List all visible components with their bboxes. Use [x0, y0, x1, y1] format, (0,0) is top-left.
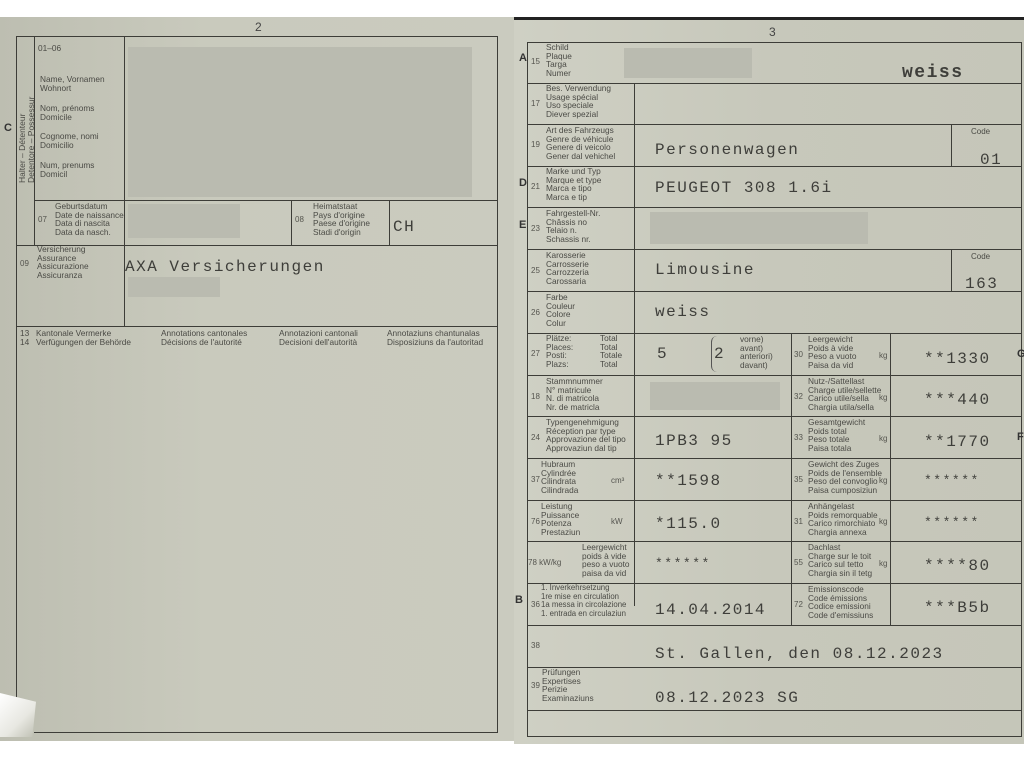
origin-value: CH: [393, 218, 415, 236]
displacement-value: **1598: [655, 472, 722, 490]
body-code-label: Code: [971, 252, 990, 261]
field-36-number: 36: [531, 600, 540, 609]
section-letter-d: D: [519, 177, 527, 189]
curb-weight-value: **1330: [924, 350, 991, 368]
page-number: 2: [255, 20, 262, 34]
name-label-rm: Num, prenums Domicil: [40, 161, 94, 178]
power-to-weight-value: ******: [655, 556, 711, 571]
plate-label: Schild Plaque Targa Numer: [546, 43, 572, 77]
emissions-code-value: ***B5b: [924, 599, 991, 617]
power-to-weight-label: Leergewicht poids à vide peso a vuoto pa…: [582, 543, 630, 577]
first-registration-label: 1. Inverkehrsetzung 1re mise en circulat…: [541, 584, 626, 618]
name-label-it: Cognome, nomi Domicilio: [40, 132, 99, 149]
field-76-number: 76: [531, 517, 540, 526]
vehicle-type-label: Art des Fahrzeugs Genre de véhicule Gene…: [546, 126, 615, 160]
field-23-number: 23: [531, 224, 540, 233]
section-letter-e: E: [519, 219, 526, 231]
first-registration-value: 14.04.2014: [655, 601, 766, 619]
power-to-weight-number-unit: 78 kW/kg: [528, 558, 561, 567]
gross-weight-label: Gesamtgewicht Poids total Peso totale Pa…: [808, 418, 865, 452]
field-24-number: 24: [531, 433, 540, 442]
vehicle-type-code: 01: [980, 151, 1002, 169]
origin-label: Heimatstaat Pays d'origine Paese d'origi…: [313, 202, 370, 236]
train-weight-unit: kg: [879, 476, 887, 485]
field-26-number: 26: [531, 308, 540, 317]
field-13-14-numbers: 13 14: [20, 329, 29, 346]
cantonal-annotations-fr: Annotations cantonales Décisions de l'au…: [161, 329, 247, 346]
field-07-number: 07: [38, 215, 47, 224]
payload-unit: kg: [879, 393, 887, 402]
insurance-value: AXA Versicherungen: [125, 258, 325, 276]
vehicle-type-value: Personenwagen: [655, 141, 799, 159]
roof-load-unit: kg: [879, 559, 887, 568]
payload-label: Nutz-/Sattellast Charge utile/sellette C…: [808, 377, 881, 411]
cantonal-annotations-de: Kantonale Vermerke Verfügungen der Behör…: [36, 329, 131, 346]
curb-weight-label: Leergewicht Poids à vide Peso a vuoto Pa…: [808, 335, 856, 369]
field-25-number: 25: [531, 266, 540, 275]
page-curl: [0, 693, 36, 737]
payload-value: ***440: [924, 391, 991, 409]
vehicle-type-code-label: Code: [971, 127, 990, 136]
section-letter-f: F: [1017, 431, 1024, 443]
field-32-number: 32: [794, 392, 803, 401]
section-letter-g: G: [1017, 348, 1024, 360]
holder-name-redacted: [128, 47, 472, 197]
roof-load-value: ****80: [924, 557, 991, 575]
cantonal-annotations-it: Annotazioni cantonali Decisioni dell'aut…: [279, 329, 358, 346]
right-page: 3 A D E B G F 15 Schild Plaque Targa Num…: [514, 17, 1024, 744]
name-label-fr: Nom, prénoms Domicile: [40, 104, 94, 121]
body-label: Karosserie Carrosserie Carrozzeria Caros…: [546, 251, 589, 285]
field-30-number: 30: [794, 350, 803, 359]
left-page: 2 C Halter – Détenteur Detentore – Posse…: [0, 17, 514, 741]
towing-capacity-unit: kg: [879, 517, 887, 526]
gross-weight-unit: kg: [879, 434, 887, 443]
type-approval-label: Typengenehmigung Réception par type Appr…: [546, 418, 626, 452]
inspections-label: Prüfungen Expertises Perizie Examinaziun…: [542, 668, 594, 702]
field-21-number: 21: [531, 182, 540, 191]
field-01-06-number: 01–06: [38, 44, 61, 53]
insurance-detail-redacted: [128, 277, 220, 297]
section-letter-c: C: [4, 122, 12, 134]
train-weight-label: Gewicht des Zuges Poids de l'ensemble Pe…: [808, 460, 882, 494]
issue-place-date-value: St. Gallen, den 08.12.2023: [655, 645, 944, 663]
seats-label: Plätze: Places: Posti: Plazs:: [546, 334, 573, 368]
master-number-redacted: [650, 382, 780, 410]
field-33-number: 33: [794, 433, 803, 442]
make-model-label: Marke und Typ Marque et type Marca e tip…: [546, 167, 601, 201]
chassis-number-redacted: [650, 212, 868, 244]
field-38-number: 38: [531, 641, 540, 650]
color-value: weiss: [655, 303, 711, 321]
name-label-de: Name, Vornamen Wohnort: [40, 75, 105, 92]
make-model-value: PEUGEOT 308 1.6i: [655, 179, 833, 197]
birthdate-label: Geburtsdatum Date de naissance Data di n…: [55, 202, 124, 236]
field-08-number: 08: [295, 215, 304, 224]
displacement-unit: cm³: [611, 476, 624, 485]
birthdate-redacted: [128, 204, 240, 238]
power-value: *115.0: [655, 515, 722, 533]
train-weight-value: ******: [924, 473, 980, 488]
curb-weight-unit: kg: [879, 351, 887, 360]
master-number-label: Stammnummer N° matricule N. di matricola…: [546, 377, 603, 411]
field-09-number: 09: [20, 259, 29, 268]
gross-weight-value: **1770: [924, 433, 991, 451]
section-letter-a: A: [519, 52, 527, 64]
seats-total-value: 5: [657, 345, 668, 363]
page-number: 3: [769, 25, 776, 39]
field-15-number: 15: [531, 57, 540, 66]
seats-front-label: vorne) avant) anteriori) davant): [740, 335, 773, 369]
field-37-number: 37: [531, 475, 540, 484]
chassis-label: Fahrgestell-Nr. Châssis no Telaio n. Sch…: [546, 209, 600, 243]
seats-total-label: Total Total Totale Total: [600, 334, 622, 368]
special-use-label: Bes. Verwendung Usage spécial Uso specia…: [546, 84, 611, 118]
cantonal-annotations-rm: Annotaziuns chantunalas Disposiziuns da …: [387, 329, 483, 346]
power-label: Leistung Puissance Potenza Prestaziun: [541, 502, 580, 536]
field-27-number: 27: [531, 349, 540, 358]
section-letter-b: B: [515, 594, 523, 606]
field-35-number: 35: [794, 475, 803, 484]
field-18-number: 18: [531, 392, 540, 401]
field-72-number: 72: [794, 600, 803, 609]
power-unit: kW: [611, 517, 623, 526]
roof-load-label: Dachlast Charge sur le toit Carico sul t…: [808, 543, 872, 577]
plate-number-redacted: [624, 48, 752, 78]
emissions-code-label: Emissionscode Code émissions Codice emis…: [808, 585, 873, 619]
plate-color-value: weiss: [902, 63, 964, 83]
towing-capacity-value: ******: [924, 515, 980, 530]
insurance-label: Versicherung Assurance Assicurazione Ass…: [37, 245, 89, 279]
displacement-label: Hubraum Cylindrée Cilindrata Cilindrada: [541, 460, 578, 494]
field-19-number: 19: [531, 140, 540, 149]
body-code: 163: [965, 275, 998, 293]
color-label: Farbe Couleur Colore Colur: [546, 293, 575, 327]
field-31-number: 31: [794, 517, 803, 526]
field-17-number: 17: [531, 99, 540, 108]
towing-capacity-label: Anhängelast Poids remorquable Carico rim…: [808, 502, 878, 536]
seats-front-value: 2: [714, 345, 725, 363]
type-approval-value: 1PB3 95: [655, 432, 733, 450]
field-55-number: 55: [794, 558, 803, 567]
field-39-number: 39: [531, 681, 540, 690]
body-value: Limousine: [655, 261, 755, 279]
inspections-value: 08.12.2023 SG: [655, 689, 799, 707]
